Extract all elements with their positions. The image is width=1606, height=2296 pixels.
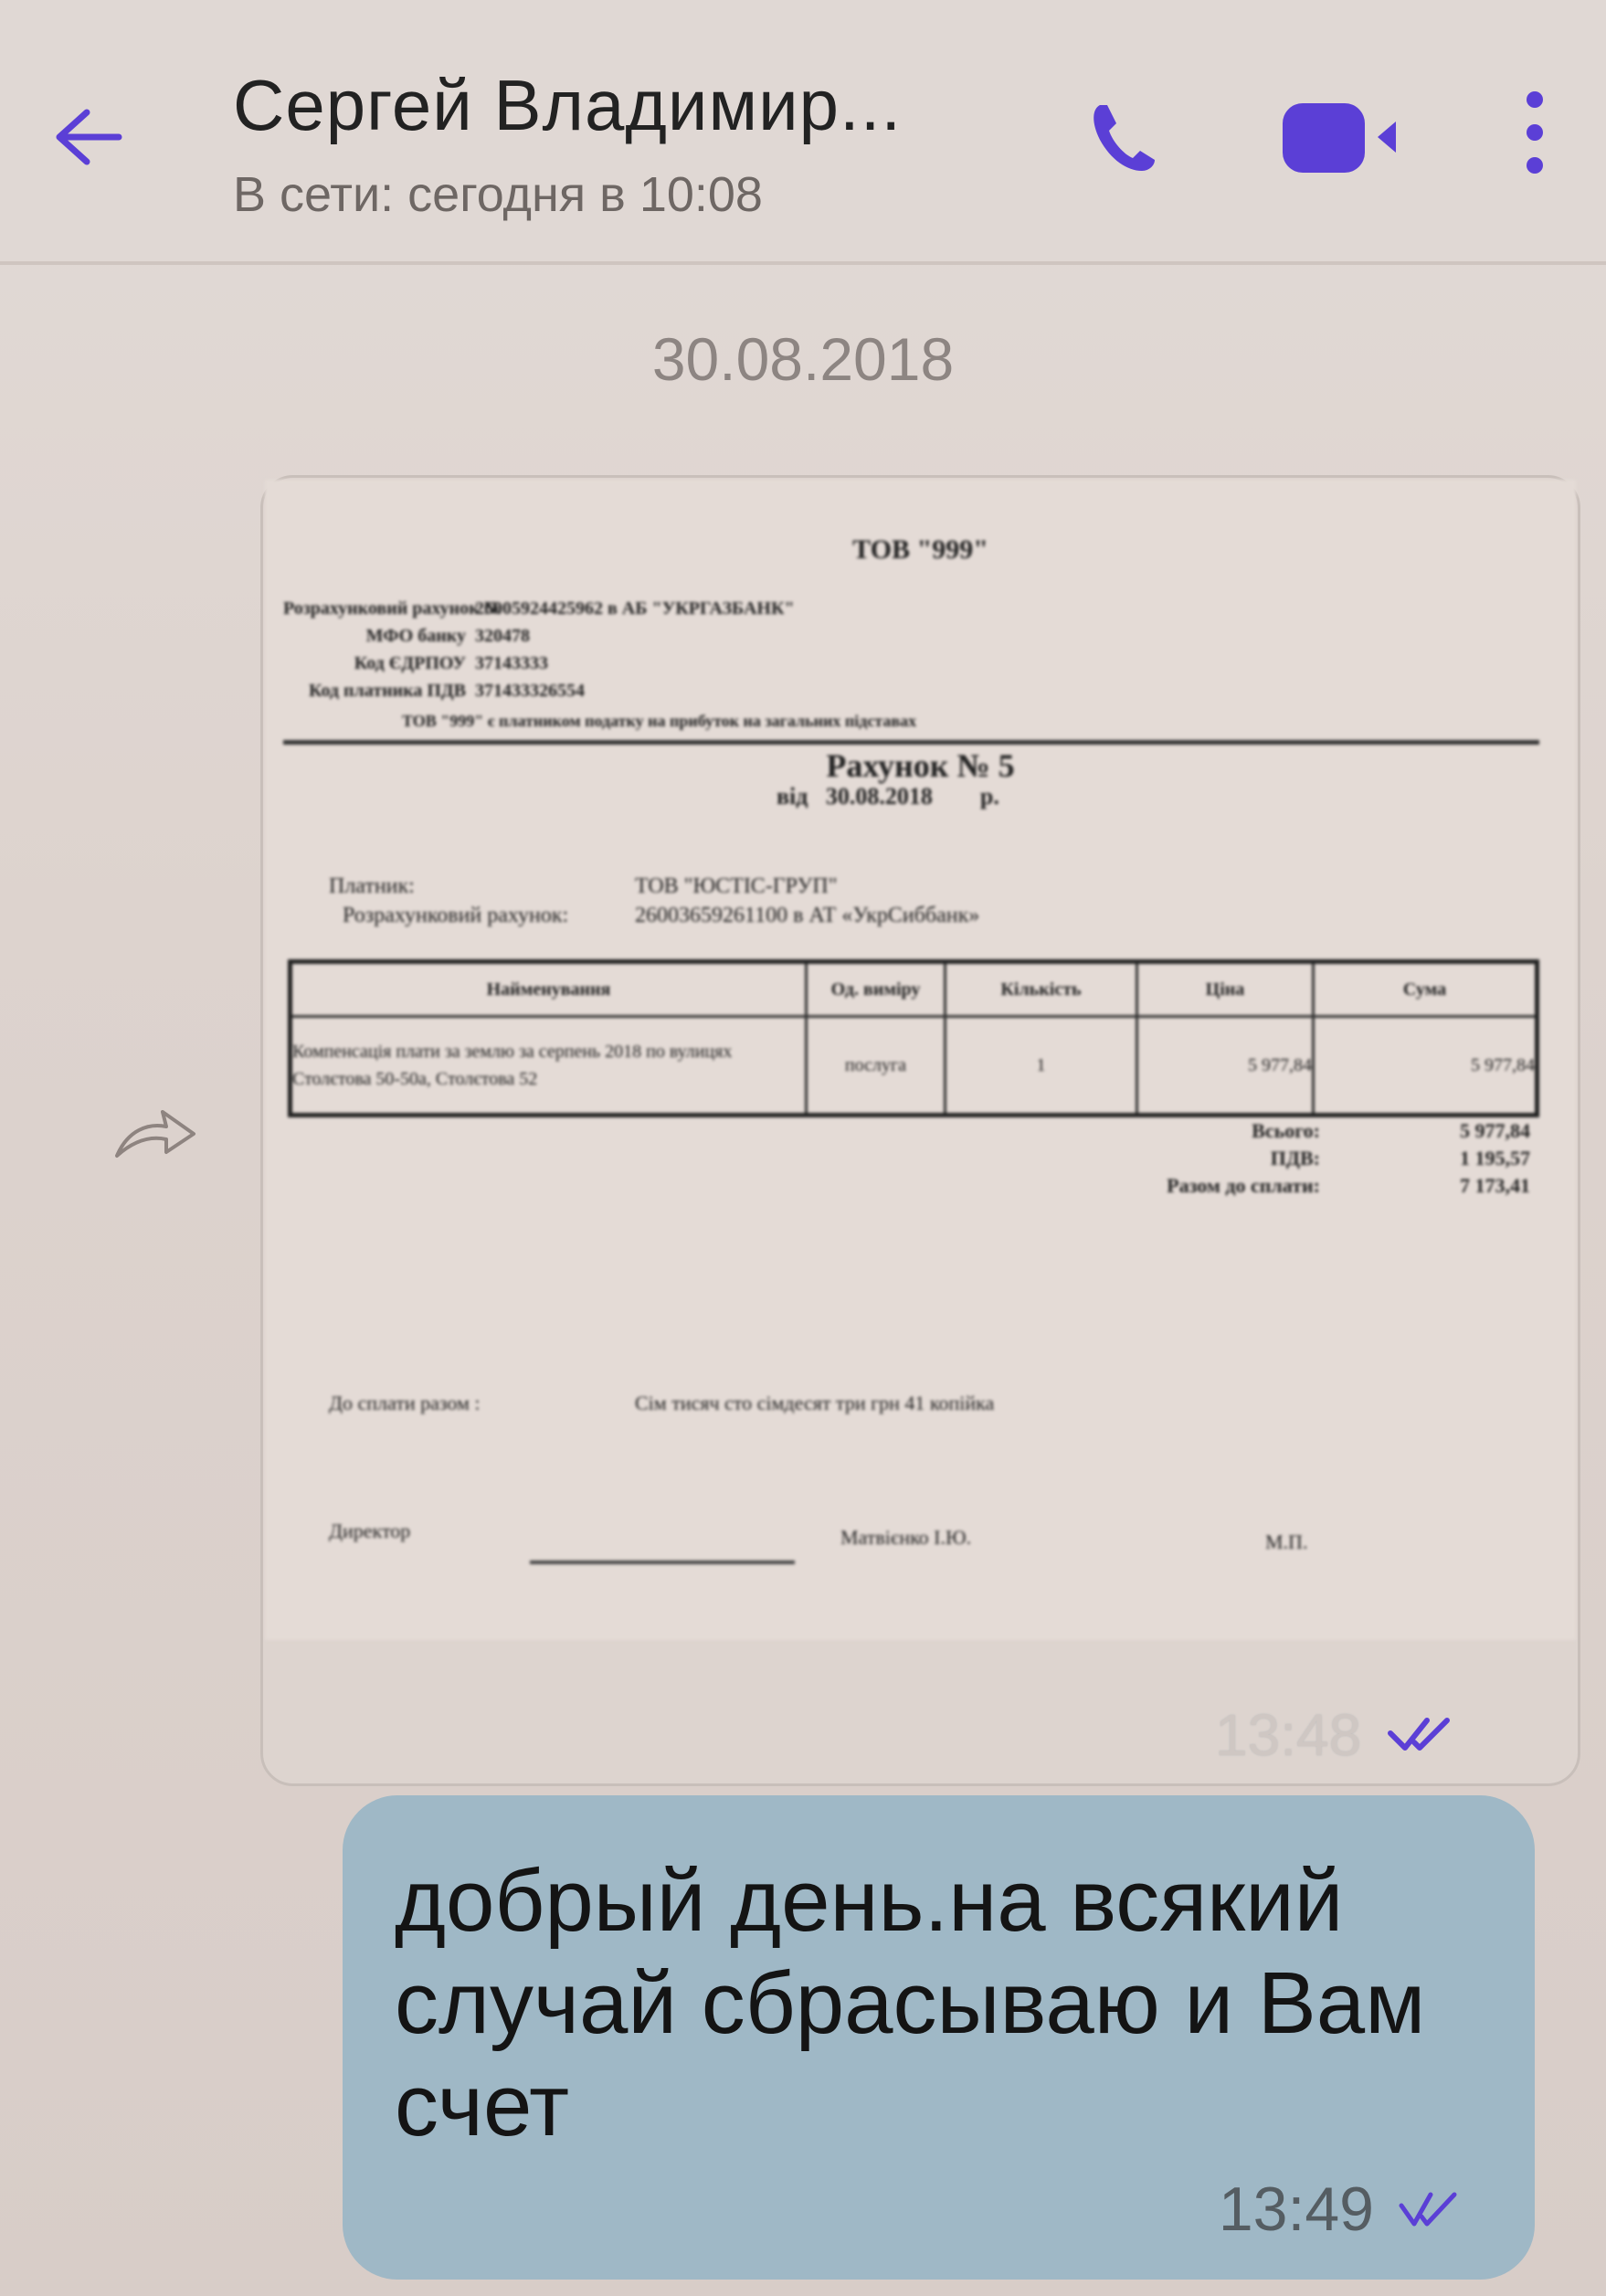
- invoice-table: Найменування Од. виміру Кількість Ціна С…: [288, 959, 1539, 1117]
- message-time: 13:48: [1215, 1701, 1361, 1769]
- total-row: Всього: 5 977,84: [1092, 1119, 1530, 1147]
- grand-total-row: Разом до сплати: 7 173,41: [1092, 1174, 1530, 1201]
- contact-name[interactable]: Сергей Владимир...: [233, 64, 902, 147]
- message-time: 13:49: [1219, 2174, 1374, 2245]
- invoice-title: Рахунок № 5: [265, 746, 1576, 785]
- requisite-row: Код ЄДРПОУ37143333: [283, 653, 548, 674]
- company-name: ТОВ "999": [265, 534, 1576, 566]
- director-label: Директор: [329, 1519, 410, 1543]
- chat-screen: Сергей Владимир... В сети: сегодня в 10:…: [0, 0, 1606, 2296]
- double-check-icon: [1398, 2189, 1462, 2229]
- date-separator: 30.08.2018: [0, 324, 1606, 394]
- divider: [283, 740, 1539, 745]
- requisite-row: МФО банку320478: [283, 626, 530, 647]
- vat-row: ПДВ: 1 195,57: [1092, 1147, 1530, 1174]
- back-arrow-icon: [50, 105, 123, 169]
- invoice-totals: Всього: 5 977,84 ПДВ: 1 195,57 Разом до …: [1092, 1119, 1530, 1201]
- invoice-date: від 30.08.2018 р.: [777, 783, 999, 810]
- more-vertical-icon: [1521, 87, 1548, 178]
- tax-note: ТОВ "999" є платником податку на прибуто…: [402, 712, 916, 731]
- contact-status: В сети: сегодня в 10:08: [233, 166, 763, 223]
- amount-words-label: До сплати разом :: [329, 1391, 481, 1415]
- double-check-icon: [1387, 1715, 1456, 1755]
- payer-account-label: Розрахунковий рахунок:: [343, 904, 568, 928]
- table-row: Компенсація плати за землю за серпень 20…: [291, 1017, 1537, 1116]
- forward-arrow-icon: [110, 1092, 210, 1174]
- signature-line: [530, 1561, 795, 1564]
- video-call-button[interactable]: [1274, 87, 1411, 187]
- stamp-label: М.П.: [1265, 1530, 1307, 1554]
- video-camera-icon: [1279, 96, 1407, 178]
- image-message-meta: 13:48: [1215, 1701, 1456, 1769]
- message-text: добрый день.на всякий случай сбрасываю и…: [395, 1850, 1473, 2157]
- more-options-button[interactable]: [1498, 78, 1571, 187]
- text-message-meta: 13:49: [1219, 2174, 1462, 2245]
- back-button[interactable]: [46, 101, 128, 174]
- text-message-bubble[interactable]: добрый день.на всякий случай сбрасываю и…: [343, 1795, 1535, 2280]
- director-name: Матвієнко І.Ю.: [840, 1526, 971, 1550]
- chat-header: Сергей Владимир... В сети: сегодня в 10:…: [0, 0, 1606, 265]
- payer-account-value: 26003659261100 в АТ «УкрСиббанк»: [635, 904, 979, 928]
- invoice-image[interactable]: ТОВ "999" Розрахунковий рахунок №2600592…: [265, 480, 1576, 1640]
- requisite-row: Код платника ПДВ371433326554: [283, 681, 585, 702]
- requisite-row: Розрахунковий рахунок №26005924425962 в …: [283, 598, 795, 619]
- amount-words: Сім тисяч сто сімдесят три грн 41 копійк…: [635, 1391, 994, 1415]
- phone-icon: [1087, 96, 1160, 178]
- call-button[interactable]: [1073, 87, 1174, 187]
- payer-label: Платник:: [329, 874, 415, 899]
- forward-button[interactable]: [110, 1092, 210, 1174]
- payer-value: ТОВ "ЮСТІС-ГРУП": [635, 874, 838, 899]
